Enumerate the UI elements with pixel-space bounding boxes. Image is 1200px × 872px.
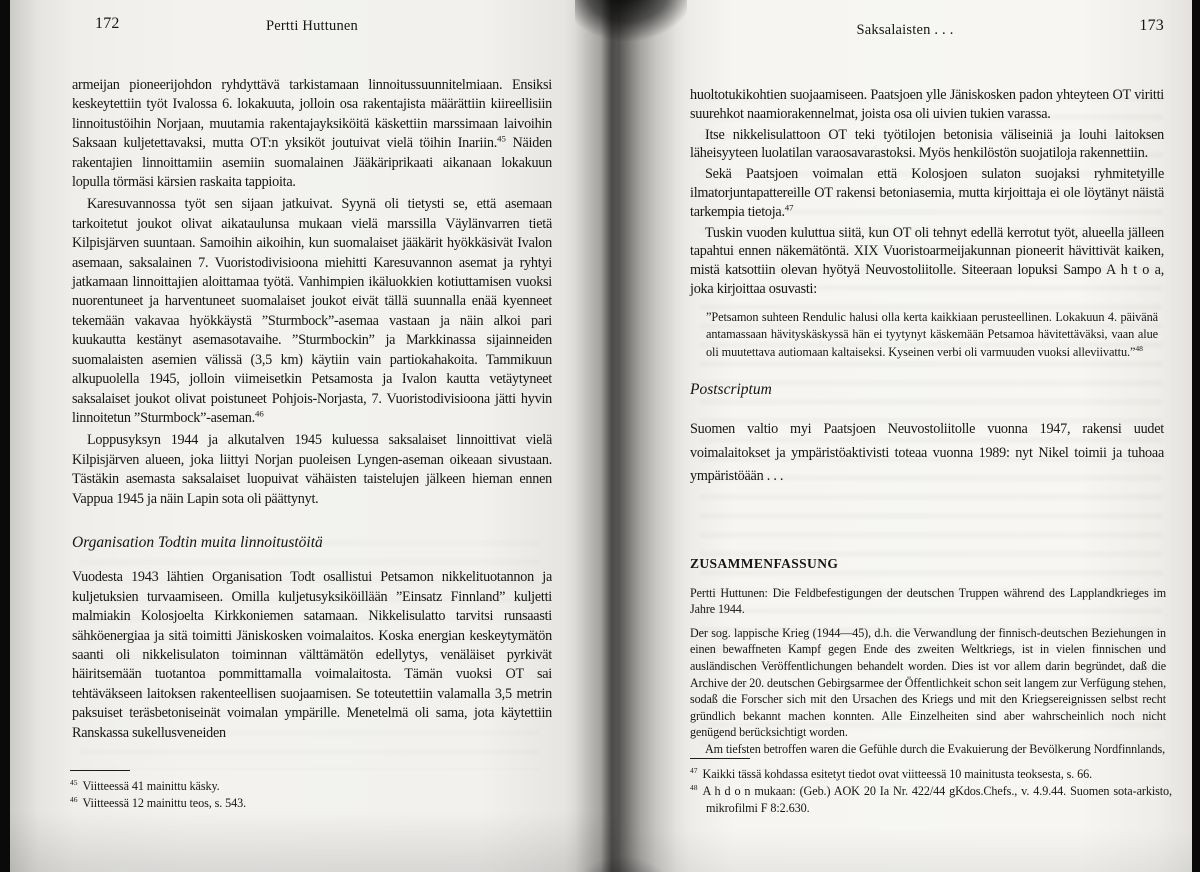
left-page-body: armeijan pioneerijohdon ryhdyttävä tarki…: [72, 76, 552, 743]
running-header-left: Pertti Huttunen: [72, 18, 552, 35]
footnote-marker-46: 46: [255, 408, 264, 418]
summary-paragraph: Der sog. lappische Krieg (1944—45), d.h.…: [690, 625, 1166, 741]
paragraph: Itse nikkelisulattoon OT teki työtilojen…: [690, 126, 1164, 164]
footnote-marker-45: 45: [497, 133, 506, 143]
paragraph: Loppusyksyn 1944 ja alkutalven 1945 kulu…: [72, 431, 552, 509]
footnote: 45Viitteessä 41 mainittu käsky.: [70, 778, 550, 795]
footnote-marker-47: 47: [785, 202, 794, 212]
running-header-right: Saksalaisten . . .: [690, 22, 1120, 39]
footnote: 46Viitteessä 12 mainittu teos, s. 543.: [70, 795, 550, 812]
footnote: 48A h d o n mukaan: (Geb.) AOK 20 Ia Nr.…: [690, 783, 1172, 817]
right-page-footnotes: 47Kaikki tässä kohdassa esitetyt tiedot …: [690, 758, 1172, 817]
footnote-marker-48: 48: [1135, 344, 1143, 353]
paragraph-continuation: huoltotukikohtien suojaamiseen. Paatsjoe…: [690, 86, 1164, 124]
blockquote: ”Petsamon suhteen Rendulic halusi olla k…: [706, 309, 1158, 362]
section-heading: Organisation Todtin muita linnoitustöitä: [72, 533, 552, 552]
summary-heading: ZUSAMMENFASSUNG: [690, 556, 1166, 573]
page-number-right: 173: [1100, 17, 1164, 35]
postscriptum-heading: Postscriptum: [690, 381, 1164, 400]
summary-paragraph: Am tiefsten betroffen waren die Gefühle …: [690, 741, 1166, 758]
footnote-rule: [70, 770, 130, 771]
paragraph: Sekä Paatsjoen voimalan että Kolosjoen s…: [690, 165, 1164, 221]
paragraph-continuation: armeijan pioneerijohdon ryhdyttävä tarki…: [72, 76, 552, 192]
paragraph: Karesuvannossa työt sen sijaan jatkuivat…: [72, 195, 552, 428]
book-scan-spread: 172 Pertti Huttunen armeijan pioneerijoh…: [0, 0, 1200, 872]
footnote: 47Kaikki tässä kohdassa esitetyt tiedot …: [690, 766, 1172, 783]
postscriptum-paragraph: Suomen valtio myi Paatsjoen Neuvostoliit…: [690, 418, 1164, 489]
paragraph: Tuskin vuoden kuluttua siitä, kun OT oli…: [690, 224, 1164, 299]
paragraph: Vuodesta 1943 lähtien Organisation Todt …: [72, 568, 552, 743]
summary-byline: Pertti Huttunen: Die Feldbefestigungen d…: [690, 585, 1166, 618]
right-page-body: huoltotukikohtien suojaamiseen. Paatsjoe…: [690, 86, 1164, 489]
left-page-footnotes: 45Viitteessä 41 mainittu käsky. 46Viitte…: [70, 770, 550, 812]
summary-section: ZUSAMMENFASSUNG Pertti Huttunen: Die Fel…: [690, 556, 1166, 758]
footnote-rule: [690, 758, 750, 759]
